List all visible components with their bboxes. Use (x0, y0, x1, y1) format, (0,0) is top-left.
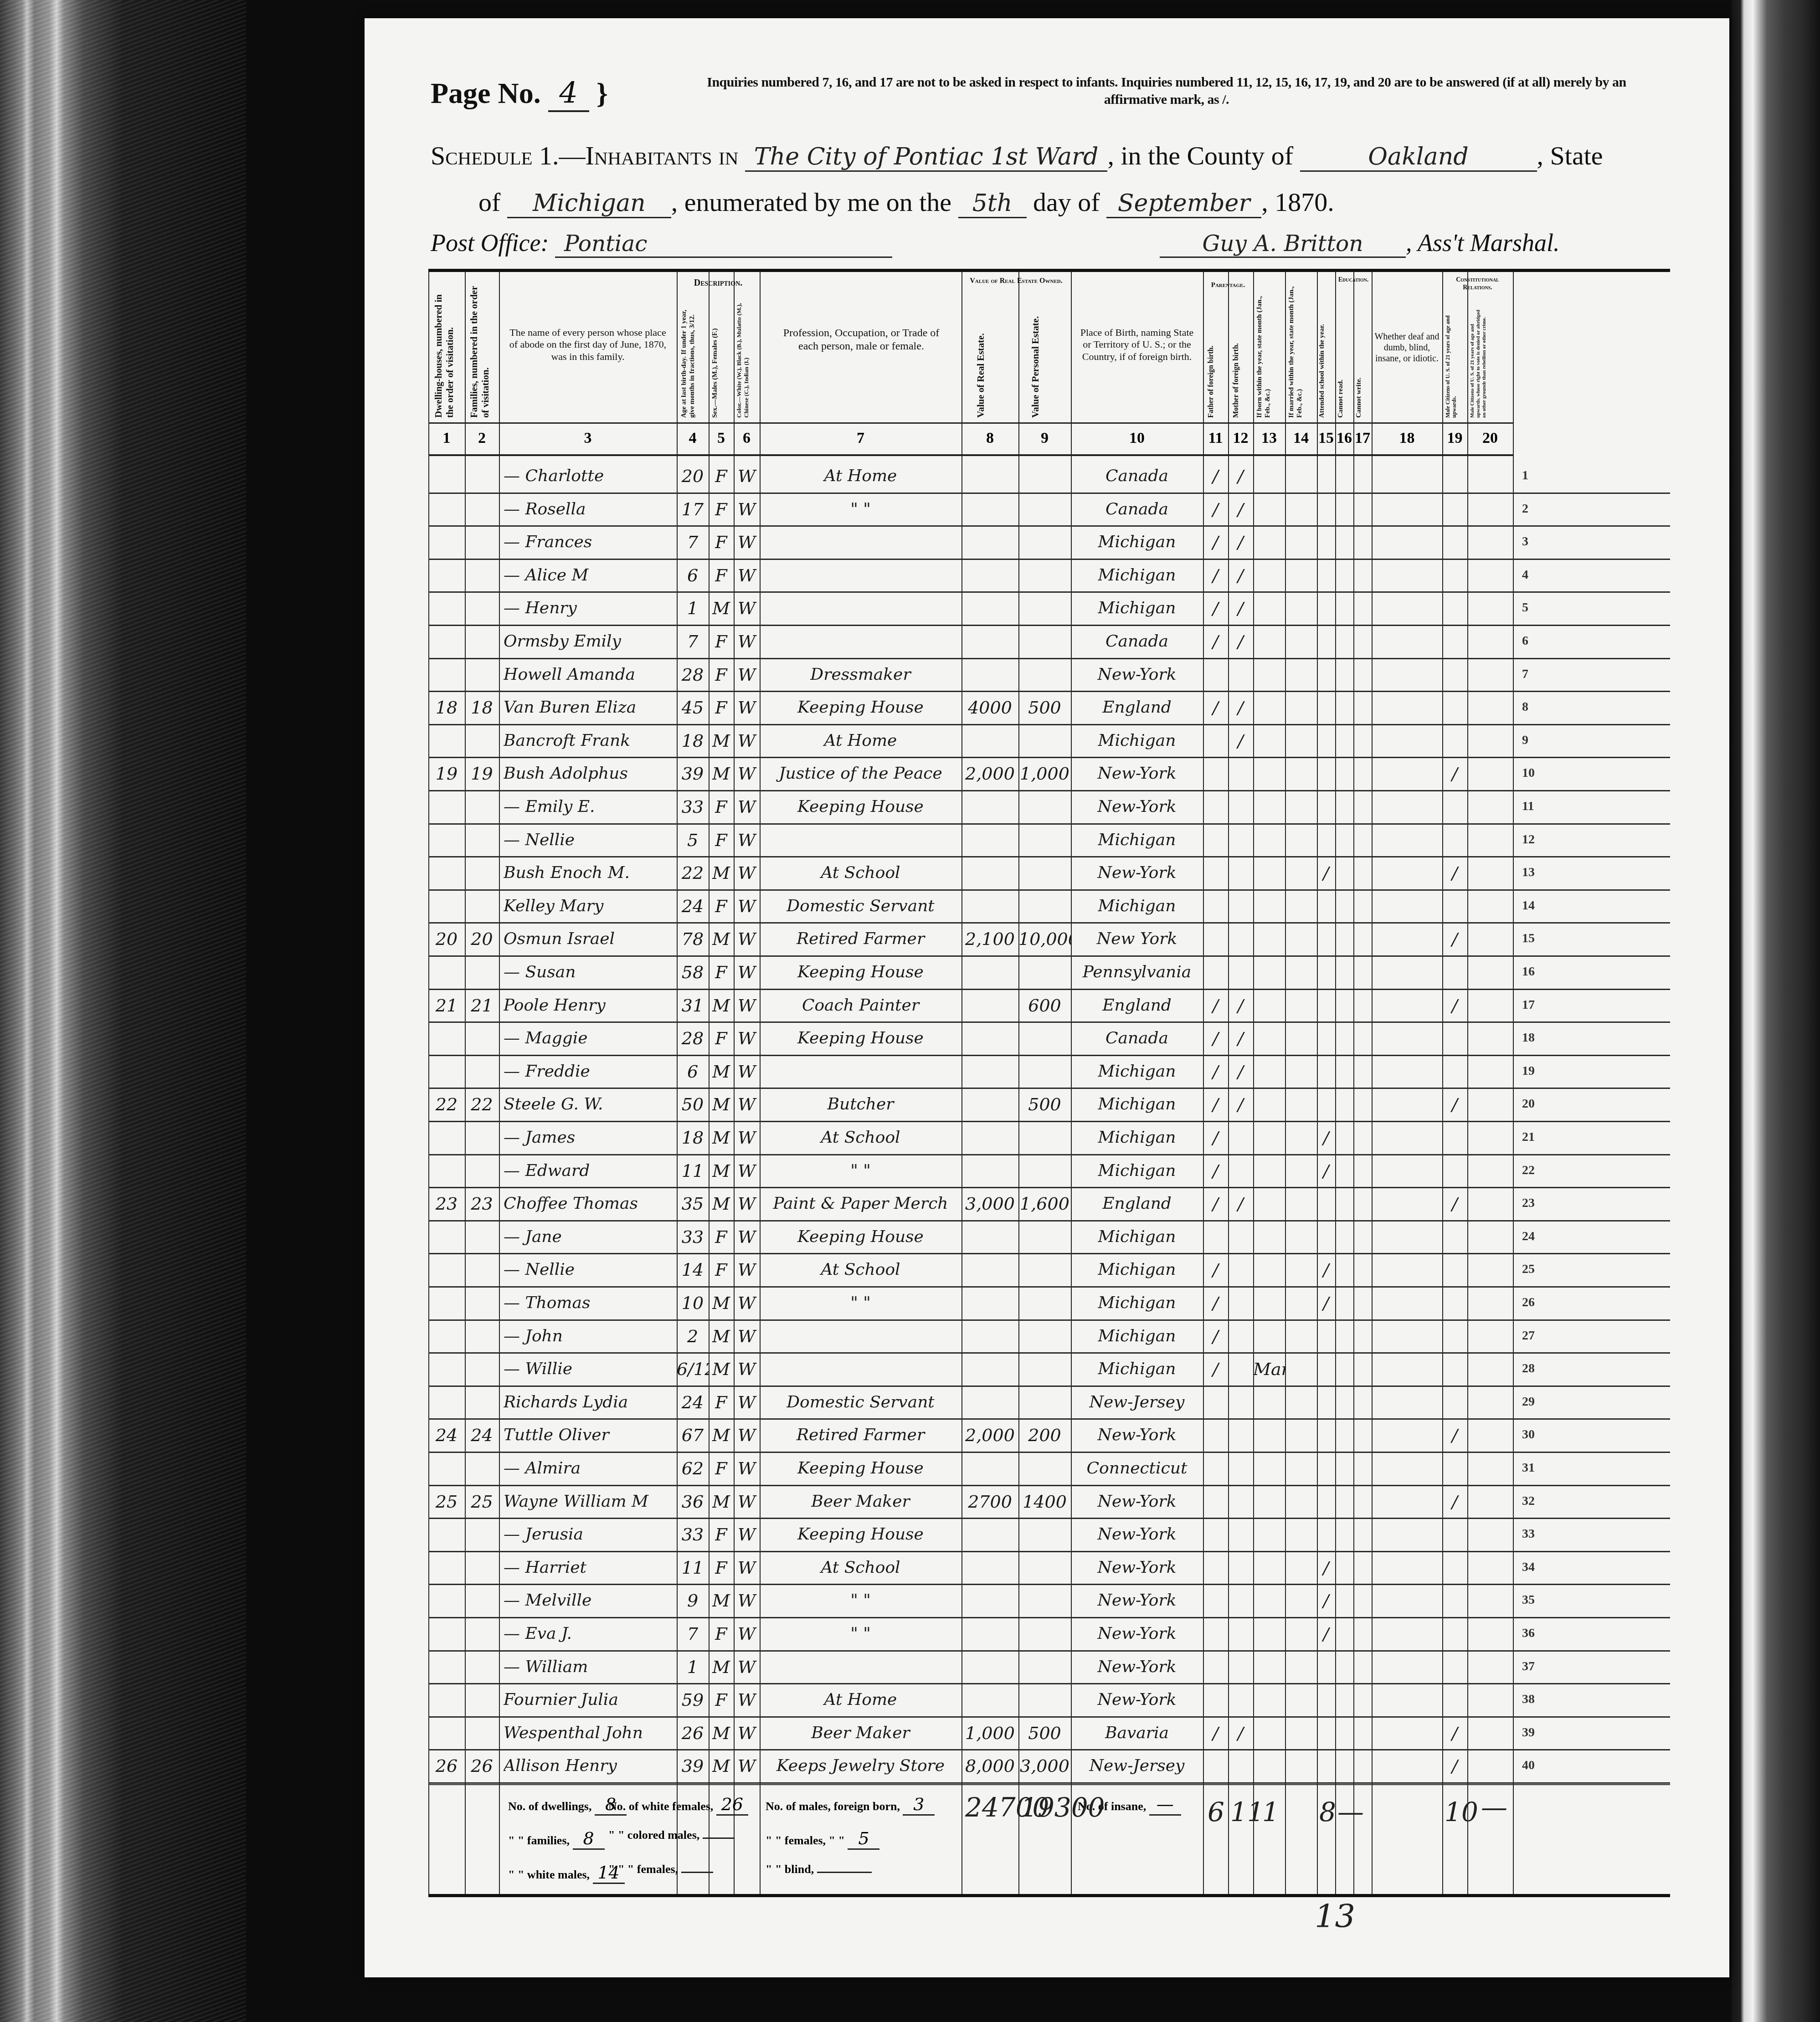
row-number: 16 (1522, 955, 1535, 988)
cell-c11 (1203, 1223, 1228, 1251)
cell-c13 (1253, 1190, 1285, 1217)
cell-c20 (1467, 1620, 1513, 1647)
cell-c16 (1335, 959, 1353, 986)
cell-dw (428, 1554, 465, 1581)
cell-sex: F (709, 893, 734, 920)
cell-age: 6 (677, 1058, 709, 1085)
cell-c16 (1335, 595, 1353, 622)
table-row: — John2MWMichigan/27 (428, 1319, 1670, 1354)
cell-age: 17 (677, 496, 709, 523)
cell-c12 (1228, 925, 1253, 953)
cell-birth: New-York (1071, 859, 1203, 887)
cell-c15 (1317, 562, 1335, 589)
cell-color: W (734, 1587, 760, 1614)
cell-c11: / (1203, 1025, 1228, 1052)
table-row: — Almira62FWKeeping HouseConnecticut31 (428, 1451, 1670, 1486)
cell-age: 33 (677, 1223, 709, 1251)
cell-c16 (1335, 727, 1353, 754)
table-row: — Henry1MWMichigan//5 (428, 591, 1670, 626)
cell-age: 11 (677, 1157, 709, 1185)
cell-occ (760, 595, 961, 622)
row-number: 35 (1522, 1583, 1535, 1617)
cell-c17 (1353, 1620, 1372, 1647)
cell-age: 2 (677, 1323, 709, 1350)
cell-c11 (1203, 1653, 1228, 1681)
table-row: Kelley Mary24FWDomestic ServantMichigan1… (428, 889, 1670, 924)
cell-c20 (1467, 1355, 1513, 1383)
row-number: 7 (1522, 657, 1528, 691)
cell-age: 6/12 (677, 1355, 709, 1383)
cell-c11 (1203, 760, 1228, 787)
cell-c12 (1228, 1256, 1253, 1283)
cell-c13 (1253, 529, 1285, 556)
cell-c15 (1317, 694, 1335, 721)
county-label: , in the County of (1107, 141, 1293, 170)
row-number: 22 (1522, 1154, 1535, 1187)
row-number: 14 (1522, 889, 1535, 922)
table-row: — Nellie14FWAt SchoolMichigan//25 (428, 1252, 1670, 1288)
table-row: — Jane33FWKeeping HouseMichigan24 (428, 1220, 1670, 1255)
cell-re: 2,000 (961, 760, 1018, 787)
cell-c11: / (1203, 1190, 1228, 1217)
cell-c19 (1442, 1323, 1467, 1350)
cell-pe (1018, 727, 1071, 754)
table-row: 1818Van Buren Eliza45FWKeeping House4000… (428, 690, 1670, 725)
column-number: 1 (428, 422, 465, 454)
cell-fam (465, 1653, 499, 1681)
cell-age: 67 (677, 1422, 709, 1449)
cell-c12 (1228, 1355, 1253, 1383)
cell-color: W (734, 496, 760, 523)
cell-birth: Michigan (1071, 529, 1203, 556)
cell-c18 (1372, 1323, 1442, 1350)
cell-pe (1018, 595, 1071, 622)
cell-c13 (1253, 661, 1285, 688)
cell-c13: Mar (1253, 1355, 1285, 1383)
cell-c16 (1335, 496, 1353, 523)
cell-c19 (1442, 893, 1467, 920)
cell-color: W (734, 1653, 760, 1681)
cell-dw (428, 661, 465, 688)
cell-fam: 21 (465, 992, 499, 1019)
cell-name: — Rosella (504, 496, 677, 523)
cell-sex: F (709, 529, 734, 556)
cell-c17 (1353, 496, 1372, 523)
cell-c11 (1203, 959, 1228, 986)
cell-c19: / (1442, 760, 1467, 787)
cell-c14 (1285, 661, 1317, 688)
table-row: 2424Tuttle Oliver67MWRetired Farmer2,000… (428, 1418, 1670, 1453)
cell-c16 (1335, 1289, 1353, 1317)
cell-c18 (1372, 1455, 1442, 1482)
column-number: 8 (961, 422, 1018, 454)
cell-c20 (1467, 1323, 1513, 1350)
cell-c12 (1228, 1752, 1253, 1780)
cell-pe (1018, 562, 1071, 589)
cell-c17 (1353, 694, 1372, 721)
cell-c18 (1372, 1686, 1442, 1714)
cell-c12: / (1228, 462, 1253, 490)
cell-pe (1018, 628, 1071, 655)
cell-sex: F (709, 1025, 734, 1052)
cell-birth: New-York (1071, 661, 1203, 688)
cell-c12 (1228, 859, 1253, 887)
day-field: 5th (958, 190, 1027, 218)
row-number: 37 (1522, 1650, 1535, 1683)
cell-c20 (1467, 628, 1513, 655)
cell-occ: " " (760, 1157, 961, 1185)
cell-c18 (1372, 859, 1442, 887)
cell-c20 (1467, 925, 1513, 953)
cell-c15 (1317, 462, 1335, 490)
header-married-within-year: If married within the year, state month … (1287, 286, 1315, 418)
cell-fam (465, 793, 499, 821)
cell-color: W (734, 959, 760, 986)
cell-sex: F (709, 628, 734, 655)
cell-c11: / (1203, 1719, 1228, 1747)
cell-birth: New-York (1071, 1653, 1203, 1681)
cell-c15 (1317, 826, 1335, 854)
cell-birth: Michigan (1071, 893, 1203, 920)
cell-c12: / (1228, 562, 1253, 589)
cell-re (961, 1025, 1018, 1052)
total-vote-denied: — (1481, 1792, 1507, 1823)
cell-c17 (1353, 1223, 1372, 1251)
cell-birth: Michigan (1071, 562, 1203, 589)
cell-pe (1018, 529, 1071, 556)
cell-re (961, 595, 1018, 622)
cell-birth: New-York (1071, 1554, 1203, 1581)
cell-sex: M (709, 760, 734, 787)
cell-pe: 1400 (1018, 1488, 1071, 1515)
cell-fam (465, 859, 499, 887)
day-of-label: day of (1033, 187, 1100, 217)
cell-pe (1018, 496, 1071, 523)
header-parentage-group: Parentage. (1203, 281, 1253, 289)
cell-c19 (1442, 1157, 1467, 1185)
cell-c15 (1317, 628, 1335, 655)
cell-occ: Keeps Jewelry Store (760, 1752, 961, 1780)
cell-c13 (1253, 628, 1285, 655)
cell-c20 (1467, 1389, 1513, 1416)
cell-c18 (1372, 1554, 1442, 1581)
table-row: — Freddie6MWMichigan//19 (428, 1054, 1670, 1089)
header-name: The name of every person whose place of … (508, 327, 668, 363)
row-number: 2 (1522, 492, 1528, 525)
table-row: — James18MWAt SchoolMichigan//21 (428, 1120, 1670, 1155)
cell-birth: Michigan (1071, 1124, 1203, 1151)
cell-c20 (1467, 1190, 1513, 1217)
cell-occ: Coach Painter (760, 992, 961, 1019)
cell-occ: Retired Farmer (760, 1422, 961, 1449)
cell-c20 (1467, 1719, 1513, 1747)
cell-name: — Nellie (504, 826, 677, 854)
cell-name: — James (504, 1124, 677, 1151)
cell-age: 50 (677, 1091, 709, 1118)
row-number: 27 (1522, 1319, 1535, 1352)
cell-dw (428, 529, 465, 556)
cell-c19 (1442, 727, 1467, 754)
cell-c17 (1353, 1587, 1372, 1614)
cell-c13 (1253, 1256, 1285, 1283)
cell-c13 (1253, 992, 1285, 1019)
cell-c14 (1285, 959, 1317, 986)
table-row: 2626Allison Henry39MWKeeps Jewelry Store… (428, 1749, 1670, 1784)
cell-sex: M (709, 859, 734, 887)
cell-dw (428, 1653, 465, 1681)
cell-re: 1,000 (961, 1719, 1018, 1747)
row-number: 39 (1522, 1716, 1535, 1749)
cell-pe (1018, 1587, 1071, 1614)
summary-females-foreign: " " females, " " 5 (766, 1828, 879, 1850)
cell-dw (428, 1223, 465, 1251)
cell-c12 (1228, 1124, 1253, 1151)
cell-dw (428, 1025, 465, 1052)
cell-birth: New-York (1071, 1422, 1203, 1449)
cell-c18 (1372, 628, 1442, 655)
cell-c19 (1442, 661, 1467, 688)
cell-c11: / (1203, 1289, 1228, 1317)
cell-age: 33 (677, 793, 709, 821)
table-row: Wespenthal John26MWBeer Maker1,000500Bav… (428, 1716, 1670, 1751)
cell-c16 (1335, 1620, 1353, 1647)
marshal-label: , Ass't Marshal. (1406, 229, 1560, 257)
cell-fam: 18 (465, 694, 499, 721)
column-number: 19 (1442, 422, 1467, 454)
cell-age: 24 (677, 893, 709, 920)
cell-color: W (734, 1389, 760, 1416)
cell-c11: / (1203, 595, 1228, 622)
cell-c11 (1203, 1587, 1228, 1614)
cell-occ (760, 1323, 961, 1350)
cell-age: 28 (677, 661, 709, 688)
cell-c19 (1442, 462, 1467, 490)
cell-c20 (1467, 1091, 1513, 1118)
cell-dw: 26 (428, 1752, 465, 1780)
cell-c16 (1335, 1554, 1353, 1581)
table-row: — Charlotte20FWAt HomeCanada//1 (428, 459, 1670, 494)
cell-birth: New-Jersey (1071, 1752, 1203, 1780)
table-row: 1919Bush Adolphus39MWJustice of the Peac… (428, 756, 1670, 791)
cell-c18 (1372, 793, 1442, 821)
cell-c15 (1317, 760, 1335, 787)
cell-c15 (1317, 1521, 1335, 1548)
cell-c11 (1203, 826, 1228, 854)
table-row: — Eva J.7FW" "New-York/36 (428, 1617, 1670, 1652)
cell-c17 (1353, 1157, 1372, 1185)
cell-dw (428, 1289, 465, 1317)
cell-sex: M (709, 1190, 734, 1217)
cell-sex: M (709, 1091, 734, 1118)
header-birthplace: Place of Birth, naming State or Territor… (1075, 327, 1198, 363)
cell-occ: At School (760, 859, 961, 887)
cell-c18 (1372, 1719, 1442, 1747)
cell-c13 (1253, 925, 1285, 953)
cell-c20 (1467, 1587, 1513, 1614)
column-number: 20 (1467, 422, 1513, 454)
row-number: 34 (1522, 1550, 1535, 1584)
cell-color: W (734, 1488, 760, 1515)
cell-c13 (1253, 1488, 1285, 1515)
cell-c17 (1353, 661, 1372, 688)
cell-pe: 500 (1018, 1091, 1071, 1118)
cell-fam (465, 1124, 499, 1151)
column-number: 10 (1071, 422, 1203, 454)
cell-color: W (734, 1025, 760, 1052)
state-field: Michigan (507, 190, 671, 218)
cell-c16 (1335, 1587, 1353, 1614)
column-number: 7 (760, 422, 961, 454)
cell-c15 (1317, 1058, 1335, 1085)
cell-fam (465, 1455, 499, 1482)
cell-c17 (1353, 826, 1372, 854)
cell-color: W (734, 1223, 760, 1251)
cell-occ: " " (760, 1587, 961, 1614)
cell-c18 (1372, 694, 1442, 721)
cell-c12 (1228, 1289, 1253, 1317)
cell-name: — Nellie (504, 1256, 677, 1283)
cell-c19 (1442, 1124, 1467, 1151)
cell-fam (465, 727, 499, 754)
cell-c19 (1442, 562, 1467, 589)
cell-pe (1018, 1389, 1071, 1416)
cell-c17 (1353, 1554, 1372, 1581)
cell-fam: 20 (465, 925, 499, 953)
cell-fam (465, 893, 499, 920)
cell-c19: / (1442, 859, 1467, 887)
table-row: 2323Choffee Thomas35MWPaint & Paper Merc… (428, 1186, 1670, 1221)
cell-c19: / (1442, 1752, 1467, 1780)
cell-re (961, 959, 1018, 986)
cell-c19 (1442, 1653, 1467, 1681)
cell-c20 (1467, 595, 1513, 622)
table-row: — Harriet11FWAt SchoolNew-York/34 (428, 1550, 1670, 1586)
cell-pe: 200 (1018, 1422, 1071, 1449)
cell-c11 (1203, 1389, 1228, 1416)
row-number: 17 (1522, 988, 1535, 1021)
cell-name: Steele G. W. (504, 1091, 677, 1118)
cell-fam (465, 1521, 499, 1548)
cell-c19 (1442, 595, 1467, 622)
cell-birth: New York (1071, 925, 1203, 953)
cell-c17 (1353, 529, 1372, 556)
cell-c19 (1442, 694, 1467, 721)
cell-c17 (1353, 959, 1372, 986)
cell-color: W (734, 992, 760, 1019)
row-number: 40 (1522, 1749, 1535, 1782)
cell-fam (465, 1289, 499, 1317)
book-binding-left (0, 0, 246, 2022)
cell-c13 (1253, 1223, 1285, 1251)
cell-re (961, 1554, 1018, 1581)
cell-name: — Thomas (504, 1289, 677, 1317)
cell-birth: New-York (1071, 1620, 1203, 1647)
cell-c11 (1203, 925, 1228, 953)
cell-c17 (1353, 1752, 1372, 1780)
cell-c16 (1335, 1653, 1353, 1681)
cell-c18 (1372, 1223, 1442, 1251)
cell-c18 (1372, 462, 1442, 490)
column-number: 4 (677, 422, 709, 454)
cell-c14 (1285, 628, 1317, 655)
cell-c20 (1467, 1422, 1513, 1449)
cell-age: 24 (677, 1389, 709, 1416)
cell-c15 (1317, 661, 1335, 688)
cell-c16 (1335, 628, 1353, 655)
cell-c12: / (1228, 628, 1253, 655)
cell-c11 (1203, 793, 1228, 821)
cell-occ: Keeping House (760, 1521, 961, 1548)
cell-dw (428, 1323, 465, 1350)
cell-name: — Melville (504, 1587, 677, 1614)
cell-c19 (1442, 1058, 1467, 1085)
cell-c14 (1285, 760, 1317, 787)
cell-name: — Emily E. (504, 793, 677, 821)
cell-name: Bush Enoch M. (504, 859, 677, 887)
cell-pe (1018, 1058, 1071, 1085)
cell-c12 (1228, 1455, 1253, 1482)
cell-birth: England (1071, 1190, 1203, 1217)
cell-pe: 500 (1018, 694, 1071, 721)
cell-sex: M (709, 992, 734, 1019)
cell-pe (1018, 1686, 1071, 1714)
cell-color: W (734, 727, 760, 754)
cell-color: W (734, 1554, 760, 1581)
cell-birth: Michigan (1071, 1289, 1203, 1317)
cell-c13 (1253, 793, 1285, 821)
table-row: — Maggie28FWKeeping HouseCanada//18 (428, 1021, 1670, 1056)
header-constitutional-group: Constitutional Relations. (1442, 277, 1513, 292)
cell-c15 (1317, 1686, 1335, 1714)
cell-c15 (1317, 959, 1335, 986)
header-cannot-write: Cannot write. (1355, 313, 1370, 418)
cell-pe (1018, 1289, 1071, 1317)
cell-c20 (1467, 1752, 1513, 1780)
cell-birth: Michigan (1071, 1355, 1203, 1383)
row-number: 5 (1522, 591, 1528, 624)
cell-c19 (1442, 1620, 1467, 1647)
cell-dw: 20 (428, 925, 465, 953)
state-label: , State (1537, 141, 1603, 170)
cell-re (961, 1389, 1018, 1416)
cell-dw: 19 (428, 760, 465, 787)
cell-occ: Keeping House (760, 1223, 961, 1251)
of-label: of (478, 187, 500, 217)
cell-age: 58 (677, 959, 709, 986)
cell-color: W (734, 529, 760, 556)
cell-c19 (1442, 1223, 1467, 1251)
cell-re: 2,000 (961, 1422, 1018, 1449)
summary-families: " " families, 8 (508, 1828, 605, 1850)
cell-color: W (734, 595, 760, 622)
cell-color: W (734, 694, 760, 721)
cell-sex: M (709, 1058, 734, 1085)
cell-c20 (1467, 859, 1513, 887)
cell-c17 (1353, 1389, 1372, 1416)
cell-re (961, 859, 1018, 887)
cell-occ (760, 1058, 961, 1085)
cell-c19: / (1442, 1091, 1467, 1118)
cell-pe (1018, 1521, 1071, 1548)
cell-c14 (1285, 1323, 1317, 1350)
cell-c11 (1203, 1488, 1228, 1515)
cell-sex: M (709, 1157, 734, 1185)
cell-birth: New-Jersey (1071, 1389, 1203, 1416)
cell-c13 (1253, 1157, 1285, 1185)
month-field: September (1106, 190, 1261, 218)
cell-dw: 23 (428, 1190, 465, 1217)
cell-c20 (1467, 529, 1513, 556)
